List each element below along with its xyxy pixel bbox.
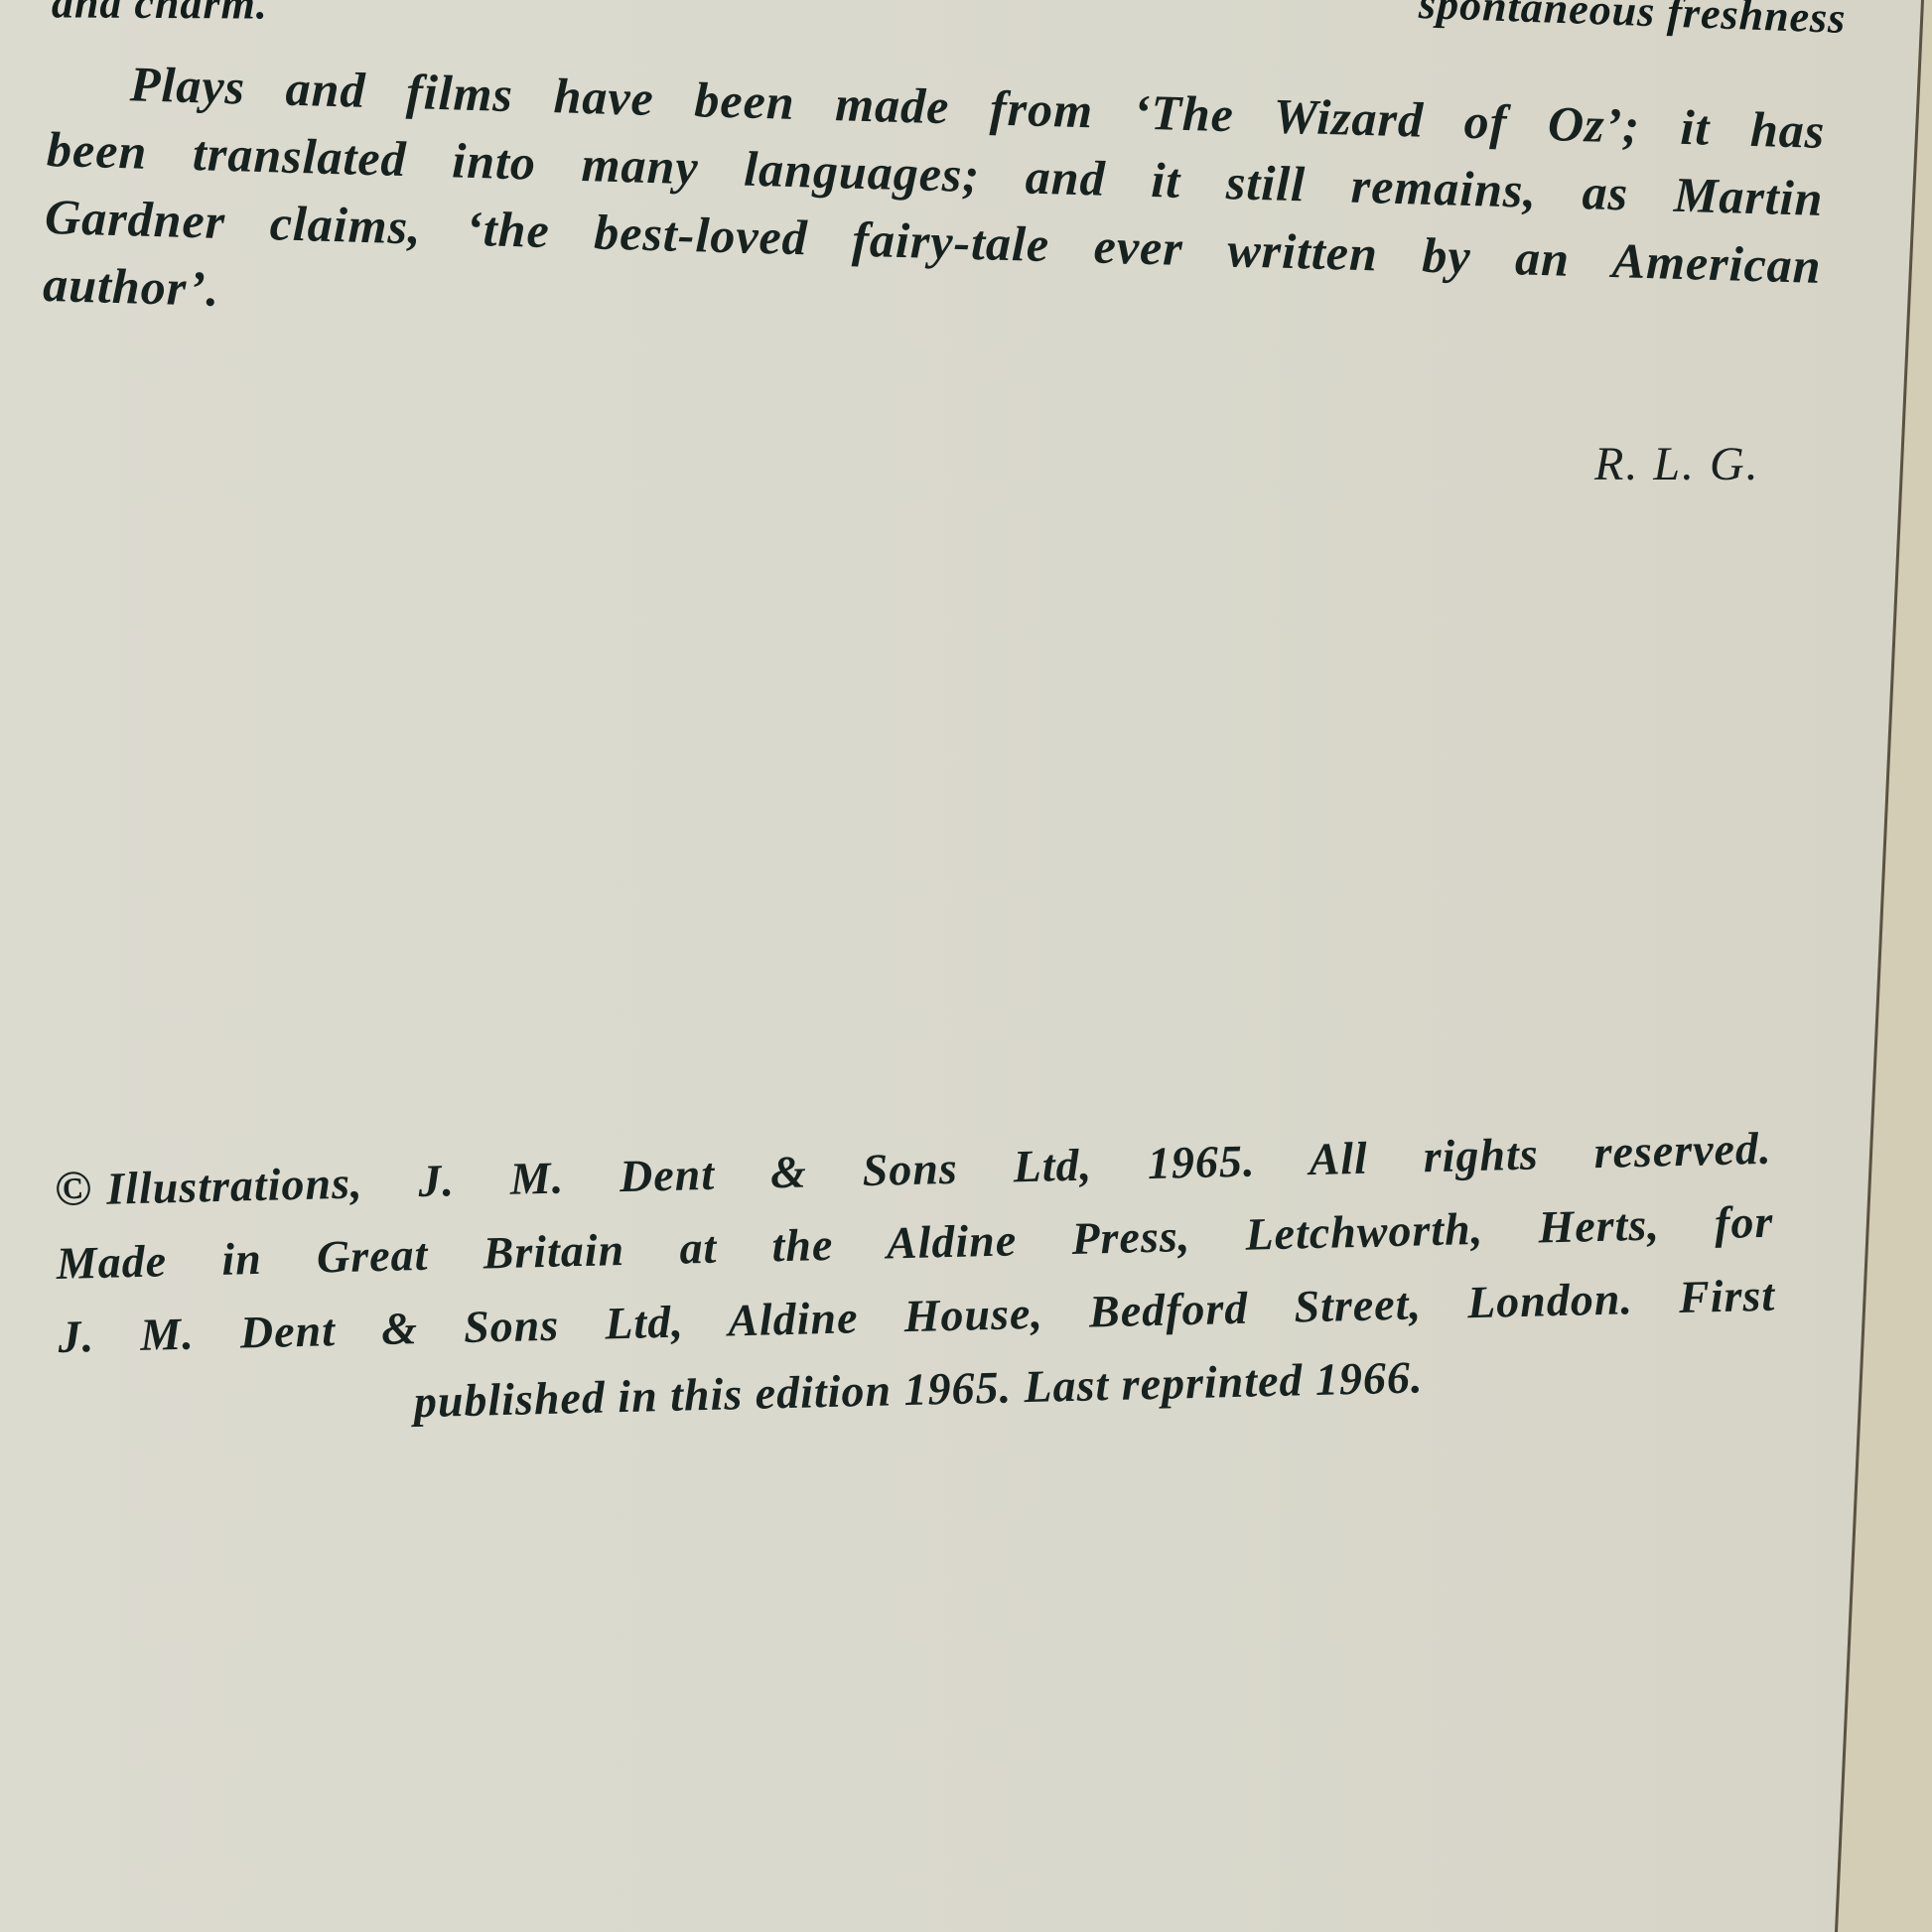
closing-paragraph: Plays and films have been made from ‘The… [42, 48, 1826, 367]
partial-line-left: and charm. [52, 0, 268, 30]
copyright-icon: © [54, 1160, 93, 1216]
copyright-imprint: ©Illustrations, J. M. Dent & Sons Ltd, 1… [54, 1110, 1778, 1448]
author-initials: R. L. G. [1594, 437, 1760, 491]
